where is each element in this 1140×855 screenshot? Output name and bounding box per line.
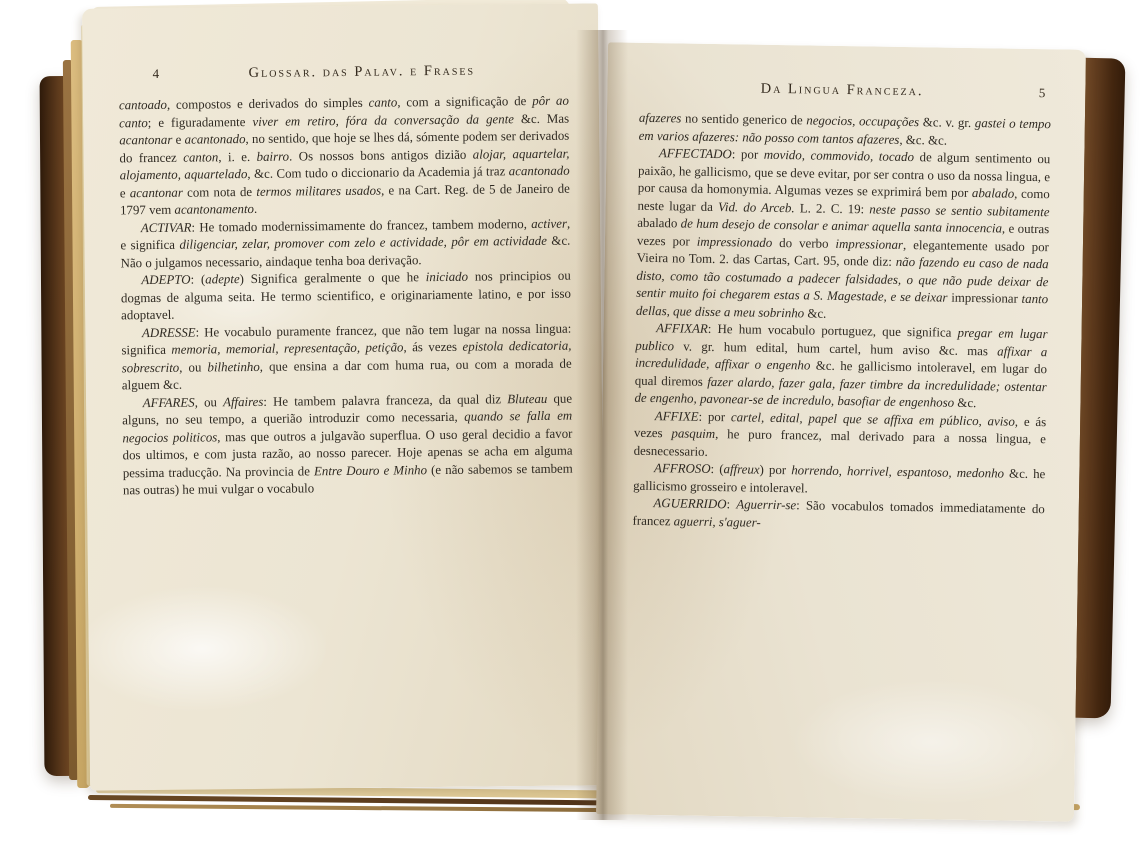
left-page-header: 4 Glossar. das Palav. e Frases <box>119 62 569 84</box>
left-page-text: cantoado, compostos e derivados do simpl… <box>119 93 575 698</box>
paragraph: ACTIVAR: He tomado modernissimamente do … <box>120 215 571 272</box>
paragraph: AGUERRIDO: Aguerrir-se: São vocabulos to… <box>632 495 1044 536</box>
paragraph: ADRESSE: He vocabulo puramente francez, … <box>121 320 572 395</box>
right-page-header: Da Lingua Franceza. 5 <box>639 79 1051 102</box>
left-running-title: Glossar. das Palav. e Frases <box>159 62 565 83</box>
right-running-title: Da Lingua Franceza. <box>645 79 1039 102</box>
right-page-text: afazeres no sentido generico de negocios… <box>630 110 1051 712</box>
paragraph: ADEPTO: (adepte) Significa geralmente o … <box>121 268 572 325</box>
paragraph: cantoado, compostos e derivados do simpl… <box>119 93 570 220</box>
paragraph: AFFIXE: por cartel, edital, papel que se… <box>634 407 1047 466</box>
right-page: Da Lingua Franceza. 5 afazeres no sentid… <box>596 42 1086 821</box>
paragraph: AFFIXAR: He hum vocabulo portuguez, que … <box>634 320 1047 414</box>
left-page: 4 Glossar. das Palav. e Frases cantoado,… <box>82 3 606 790</box>
photo-of-open-book: 4 Glossar. das Palav. e Frases cantoado,… <box>0 0 1140 855</box>
paragraph: AFFECTADO: por movido, commovido, tocado… <box>636 145 1051 326</box>
paragraph: AFFARES, ou Affaires: He tambem palavra … <box>122 390 573 500</box>
right-page-number: 5 <box>1039 85 1046 101</box>
bottom-page-edge-tan <box>110 804 610 812</box>
book: 4 Glossar. das Palav. e Frases cantoado,… <box>0 0 1140 855</box>
